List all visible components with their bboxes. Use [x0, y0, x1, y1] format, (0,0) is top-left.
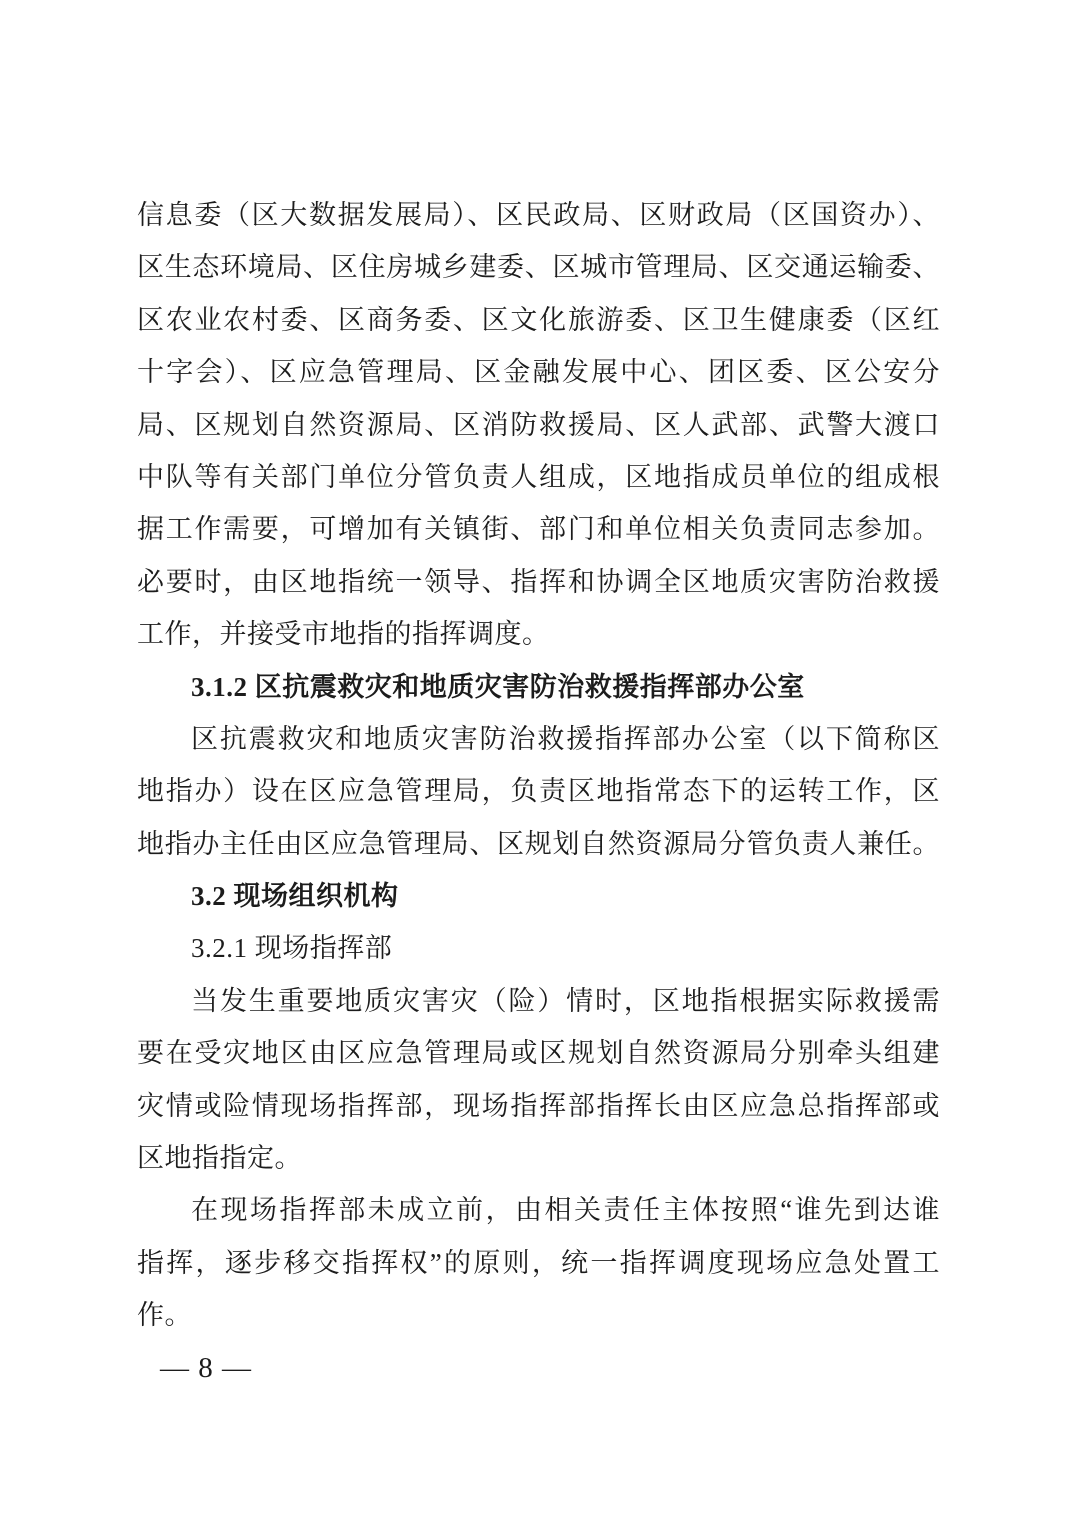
page-number: — 8 —	[160, 1346, 252, 1390]
document-page: 信息委（区大数据发展局）、区民政局、区财政局（区国资办）、区生态环境局、区住房城…	[0, 0, 1074, 1520]
document-body: 信息委（区大数据发展局）、区民政局、区财政局（区国资办）、区生态环境局、区住房城…	[137, 189, 940, 1342]
heading-3-1-2: 3.1.2 区抗震救灾和地质灾害防治救援指挥部办公室	[137, 661, 940, 713]
paragraph-line: 地指办主任由区应急管理局、区规划自然资源局分管负责人兼任。	[137, 818, 940, 870]
paragraph-line: 在现场指挥部未成立前，由相关责任主体按照“谁先到达谁	[137, 1184, 940, 1236]
paragraph-line: 区生态环境局、区住房城乡建委、区城市管理局、区交通运输委、	[137, 241, 940, 293]
paragraph-line: 灾情或险情现场指挥部，现场指挥部指挥长由区应急总指挥部或	[137, 1080, 940, 1132]
paragraph-line: 必要时，由区地指统一领导、指挥和协调全区地质灾害防治救援	[137, 556, 940, 608]
paragraph-line: 中队等有关部门单位分管负责人组成，区地指成员单位的组成根	[137, 451, 940, 503]
paragraph-line: 十字会）、区应急管理局、区金融发展中心、团区委、区公安分	[137, 346, 940, 398]
paragraph-line: 信息委（区大数据发展局）、区民政局、区财政局（区国资办）、	[137, 189, 940, 241]
paragraph-line: 区地指指定。	[137, 1132, 940, 1184]
paragraph-line: 作。	[137, 1289, 940, 1341]
paragraph-line: 据工作需要，可增加有关镇街、部门和单位相关负责同志参加。	[137, 503, 940, 555]
paragraph-line: 要在受灾地区由区应急管理局或区规划自然资源局分别牵头组建	[137, 1027, 940, 1079]
paragraph-line: 当发生重要地质灾害灾（险）情时，区地指根据实际救援需	[137, 975, 940, 1027]
paragraph-line: 工作，并接受市地指的指挥调度。	[137, 608, 940, 660]
paragraph-line: 局、区规划自然资源局、区消防救援局、区人武部、武警大渡口	[137, 399, 940, 451]
paragraph-line: 指挥，逐步移交指挥权”的原则，统一指挥调度现场应急处置工	[137, 1237, 940, 1289]
heading-3-2-1: 3.2.1 现场指挥部	[137, 922, 940, 974]
paragraph-line: 地指办）设在区应急管理局，负责区地指常态下的运转工作，区	[137, 765, 940, 817]
paragraph-line: 区抗震救灾和地质灾害防治救援指挥部办公室（以下简称区	[137, 713, 940, 765]
paragraph-line: 区农业农村委、区商务委、区文化旅游委、区卫生健康委（区红	[137, 294, 940, 346]
heading-3-2: 3.2 现场组织机构	[137, 870, 940, 922]
